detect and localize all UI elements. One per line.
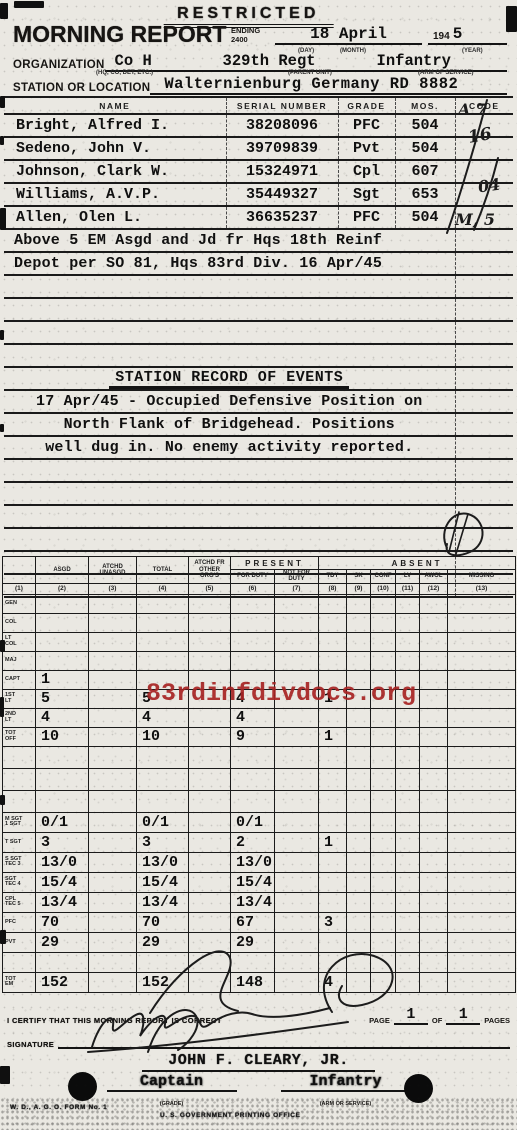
strength-cell: [448, 932, 516, 952]
strength-cell: [89, 708, 137, 727]
strength-cell: [371, 613, 396, 632]
strength-cell: [89, 746, 137, 768]
station-value: Walternienburg Germany RD 8882: [164, 75, 458, 93]
title-row: MORNING REPORT ENDING 2400 18 April 194 …: [13, 24, 507, 45]
strength-cell: [420, 651, 448, 670]
strength-row: [3, 746, 516, 768]
year-prefix: 194: [433, 31, 450, 43]
strength-cell: [89, 892, 137, 912]
organization-row: ORGANIZATION Co H 329th Regt Infantry: [13, 51, 507, 72]
strength-cell: [231, 594, 275, 613]
scan-artifact: [0, 424, 4, 432]
strength-cell: [448, 746, 516, 768]
roster-name: Johnson, Clark W.: [4, 160, 226, 183]
strength-cell: [137, 952, 189, 972]
strength-cell: 5: [36, 689, 89, 708]
roster-serial: 35449327: [226, 183, 338, 206]
colnum-13: (13): [448, 583, 516, 594]
strength-cell: [396, 812, 420, 832]
strength-row: [3, 790, 516, 812]
strength-cell: [36, 613, 89, 632]
strength-cell: 2: [231, 832, 275, 852]
strength-cell: [137, 768, 189, 790]
pages-label: PAGES: [484, 1016, 510, 1025]
roster-name: Allen, Olen L.: [4, 206, 226, 229]
strength-cell: [347, 708, 371, 727]
strength-cell: [89, 594, 137, 613]
pages-total: 1: [446, 1006, 480, 1025]
signer-name-row: JOHN F. CLEARY, JR.: [7, 1051, 510, 1072]
strength-cell: [89, 852, 137, 872]
strength-cell: [396, 768, 420, 790]
strength-cell: [137, 651, 189, 670]
strength-grade-label: M SGT 1 SGT: [3, 812, 36, 832]
roster-serial: 36635237: [226, 206, 338, 229]
hcol-atchd-fr-other: ATCHD FR OTHER ORG'S: [189, 557, 231, 584]
strength-cell: [89, 872, 137, 892]
strength-cell: [448, 790, 516, 812]
strength-row: M SGT 1 SGT0/10/10/1: [3, 812, 516, 832]
strength-cell: [420, 632, 448, 651]
scan-artifact: [0, 795, 5, 805]
colnum-2: (2): [36, 583, 89, 594]
strength-cell: [396, 852, 420, 872]
strength-cell: [420, 670, 448, 689]
strength-cell: [275, 651, 319, 670]
strength-cell: [189, 892, 231, 912]
strength-grade-label: [3, 768, 36, 790]
strength-cell: [189, 746, 231, 768]
col-grade: GRADE: [338, 97, 395, 114]
strength-row: T SGT3321: [3, 832, 516, 852]
roster-row: Allen, Olen L.36635237PFC504: [4, 206, 513, 229]
org-parent-unit: 329th Regt: [223, 52, 316, 70]
strength-cell: [420, 852, 448, 872]
strength-cell: [231, 651, 275, 670]
strength-cell: [396, 727, 420, 746]
strength-cell: [420, 912, 448, 932]
strength-cell: [36, 632, 89, 651]
roster-empty: [4, 275, 455, 298]
strength-cell: [396, 872, 420, 892]
arm-of-service-sublabel: (ARM OF SERVICE): [418, 70, 474, 76]
handwritten-code-04: 04: [477, 175, 502, 197]
strength-cell: [275, 812, 319, 832]
strength-cell: [137, 613, 189, 632]
hcol-sk: SK: [347, 570, 371, 584]
strength-cell: 148: [231, 972, 275, 992]
strength-cell: [420, 768, 448, 790]
roster-empty: [4, 321, 455, 344]
strength-cell: 152: [137, 972, 189, 992]
year-label: (YEAR): [462, 48, 483, 54]
strength-row: [3, 952, 516, 972]
signature-label: SIGNATURE: [7, 1040, 54, 1049]
strength-row: PFC7070673: [3, 912, 516, 932]
strength-cell: 3: [319, 912, 347, 932]
day-label: (DAY): [298, 48, 314, 54]
strength-cell: [89, 832, 137, 852]
strength-cell: [347, 972, 371, 992]
ending-time: 2400: [231, 35, 248, 44]
strength-cell: [189, 932, 231, 952]
organization-label: ORGANIZATION: [13, 59, 105, 72]
hcol-missing: MISSING: [448, 570, 516, 584]
strength-cell: [347, 912, 371, 932]
strength-row: LT COL: [3, 632, 516, 651]
strength-cell: [347, 594, 371, 613]
scan-artifact: [0, 136, 4, 145]
strength-cell: [448, 912, 516, 932]
scan-artifact: [0, 640, 5, 652]
roster-code: [455, 390, 513, 413]
strength-grade-label: S SGT TEC 3: [3, 852, 36, 872]
strength-cell: [396, 651, 420, 670]
roster-grade: PFC: [338, 206, 395, 229]
strength-cell: [275, 932, 319, 952]
roster-row: Above 5 EM Asgd and Jd fr Hqs 18th Reinf: [4, 229, 513, 252]
roster-row: [4, 321, 513, 344]
strength-cell: [347, 746, 371, 768]
strength-cell: [89, 727, 137, 746]
strength-cell: [347, 632, 371, 651]
strength-cell: 3: [137, 832, 189, 852]
roster-row: Depot per SO 81, Hqs 83rd Div. 16 Apr/45: [4, 252, 513, 275]
roster-row: [4, 344, 513, 367]
strength-cell: [347, 892, 371, 912]
strength-cell: [275, 632, 319, 651]
strength-cell: [448, 892, 516, 912]
strength-cell: 3: [36, 832, 89, 852]
strength-grade-label: [3, 746, 36, 768]
strength-cell: [448, 632, 516, 651]
strength-cell: [189, 651, 231, 670]
scan-artifact: [0, 330, 4, 340]
hcol-atchd-unasgd: ATCHD UNASGD: [89, 557, 137, 584]
strength-grade-label: LT COL: [3, 632, 36, 651]
strength-cell: [89, 912, 137, 932]
roster-name: Williams, A.V.P.: [4, 183, 226, 206]
scan-artifact: [0, 930, 6, 944]
roster-empty: [4, 505, 455, 528]
strength-cell: [275, 892, 319, 912]
roster-row: [4, 505, 513, 528]
scan-artifact: [0, 208, 6, 230]
strength-cell: [319, 708, 347, 727]
strength-cell: [319, 651, 347, 670]
strength-row: TOT EM1521521484: [3, 972, 516, 992]
strength-cell: [189, 632, 231, 651]
strength-cell: [347, 727, 371, 746]
colnum-10: (10): [371, 583, 396, 594]
scan-artifact: [0, 3, 8, 19]
arm-sublabel: (ARM OR SERVICE): [320, 1101, 372, 1107]
strength-cell: [89, 670, 137, 689]
strength-cell: [420, 892, 448, 912]
strength-grade-label: CAPT: [3, 670, 36, 689]
strength-cell: [89, 932, 137, 952]
strength-row: [3, 768, 516, 790]
roster-serial: 38208096: [226, 114, 338, 137]
strength-cell: [89, 790, 137, 812]
strength-cell: [319, 852, 347, 872]
roster-grade: Pvt: [338, 137, 395, 160]
strength-cell: [89, 632, 137, 651]
strength-cell: [420, 727, 448, 746]
strength-cell: [36, 651, 89, 670]
roster-row: Sedeno, John V.39709839Pvt504: [4, 137, 513, 160]
signer-arm-seg: Infantry (ARM OR SERVICE): [281, 1073, 411, 1110]
strength-cell: [36, 746, 89, 768]
strength-cell: [420, 812, 448, 832]
colnum-9: (9): [347, 583, 371, 594]
of-label: OF: [432, 1016, 442, 1025]
ending-label: ENDING 2400: [231, 26, 275, 45]
strength-cell: [231, 746, 275, 768]
colnum-3: (3): [89, 583, 137, 594]
strength-cell: [275, 746, 319, 768]
strength-cell: [347, 812, 371, 832]
strength-cell: [189, 613, 231, 632]
watermark: 83rdinfdivdocs.org: [146, 679, 416, 708]
roster-code: [455, 321, 513, 344]
strength-grade-label: SGT TEC 4: [3, 872, 36, 892]
strength-cell: [275, 768, 319, 790]
strength-cell: [347, 832, 371, 852]
strength-cell: [319, 632, 347, 651]
roster-code: [455, 344, 513, 367]
roster-serial: 15324971: [226, 160, 338, 183]
strength-cell: [371, 651, 396, 670]
strength-cell: [189, 708, 231, 727]
colnum-8: (8): [319, 583, 347, 594]
strength-cell: [137, 594, 189, 613]
strength-cell: [420, 952, 448, 972]
strength-cell: [319, 768, 347, 790]
scan-artifact: [14, 1, 44, 8]
roster-remark: Depot per SO 81, Hqs 83rd Div. 16 Apr/45: [4, 252, 455, 275]
event-line: 17 Apr/45 - Occupied Defensive Position …: [4, 390, 455, 413]
strength-cell: [396, 972, 420, 992]
strength-row: CPL TEC 513/413/413/4: [3, 892, 516, 912]
strength-cell: [36, 790, 89, 812]
strength-cell: 29: [231, 932, 275, 952]
hcol-tdy: TDY: [319, 570, 347, 584]
strength-cell: [371, 872, 396, 892]
strength-row: SGT TEC 415/415/415/4: [3, 872, 516, 892]
strength-cell: 70: [36, 912, 89, 932]
strength-cell: 13/0: [137, 852, 189, 872]
strength-cell: [319, 594, 347, 613]
strength-cell: [371, 768, 396, 790]
strength-table: ASGD ATCHD UNASGD TOTAL ATCHD FR OTHER O…: [2, 556, 516, 993]
roster-row: North Flank of Bridgehead. Positions: [4, 413, 513, 436]
handwritten-code-16: 16: [466, 124, 493, 148]
strength-cell: [371, 892, 396, 912]
strength-cell: [89, 812, 137, 832]
strength-cell: 13/4: [137, 892, 189, 912]
certify-text: I CERTIFY THAT THIS MORNING REPORT IS CO…: [7, 1016, 222, 1025]
hcol-lv: LV: [396, 570, 420, 584]
strength-row: MAJ: [3, 651, 516, 670]
roster-mos: 504: [395, 137, 455, 160]
strength-cell: [319, 892, 347, 912]
scan-artifact: [506, 6, 517, 32]
roster-row: 17 Apr/45 - Occupied Defensive Position …: [4, 390, 513, 413]
punch-hole-right: [404, 1074, 433, 1103]
roster-mos: 504: [395, 114, 455, 137]
signature-line: [58, 1029, 510, 1049]
strength-cell: [420, 613, 448, 632]
org-unit: Co H: [115, 52, 152, 70]
roster-mos: 653: [395, 183, 455, 206]
strength-cell: [231, 952, 275, 972]
roster-name: Sedeno, John V.: [4, 137, 226, 160]
strength-cell: 0/1: [231, 812, 275, 832]
strength-cell: [231, 613, 275, 632]
strength-cell: [396, 708, 420, 727]
roster-empty: [4, 298, 455, 321]
strength-grade-label: 1ST LT: [3, 689, 36, 708]
strength-cell: [347, 872, 371, 892]
strength-cell: [420, 689, 448, 708]
roster-grade: Sgt: [338, 183, 395, 206]
org-arm-of-service: Infantry: [377, 52, 451, 70]
strength-cell: [137, 632, 189, 651]
strength-cell: [89, 689, 137, 708]
scan-artifact: [0, 1066, 10, 1084]
strength-cell: [231, 790, 275, 812]
signer-arm: Infantry: [281, 1073, 411, 1092]
strength-cell: [36, 768, 89, 790]
strength-cell: [189, 952, 231, 972]
strength-cell: [448, 972, 516, 992]
report-date: 18 April: [310, 25, 387, 43]
month-label: (MONTH): [340, 48, 366, 54]
strength-cell: [231, 632, 275, 651]
strength-cell: [36, 594, 89, 613]
hcol-asgd: ASGD: [36, 557, 89, 584]
strength-cell: [189, 790, 231, 812]
strength-grade-label: CPL TEC 5: [3, 892, 36, 912]
strength-cell: [420, 872, 448, 892]
strength-cell: [396, 746, 420, 768]
strength-cell: 15/4: [36, 872, 89, 892]
strength-cell: [347, 932, 371, 952]
strength-cell: [137, 746, 189, 768]
strength-cell: [231, 768, 275, 790]
handwritten-code-a7: A 7: [458, 100, 487, 119]
strength-grade-label: TOT EM: [3, 972, 36, 992]
punch-hole-left: [68, 1072, 97, 1101]
strength-cell: 13/4: [231, 892, 275, 912]
strength-cell: 0/1: [36, 812, 89, 832]
strength-row: PVT292929: [3, 932, 516, 952]
strength-cell: [448, 768, 516, 790]
strength-row: COL: [3, 613, 516, 632]
strength-cell: [371, 746, 396, 768]
event-line: well dug in. No enemy activity reported.: [4, 436, 455, 459]
strength-grade-label: PVT: [3, 932, 36, 952]
strength-row: GEN: [3, 594, 516, 613]
strength-cell: [396, 952, 420, 972]
form-title: MORNING REPORT: [13, 24, 231, 45]
strength-cell: 67: [231, 912, 275, 932]
strength-cell: 152: [36, 972, 89, 992]
col-serial-number: SERIAL NUMBER: [226, 97, 338, 114]
org-unit-sublabel: (HQ, CO, DET, ETC.): [96, 70, 153, 76]
page-block: PAGE 1 OF 1 PAGES: [369, 1006, 510, 1025]
strength-cell: [347, 768, 371, 790]
footer-printing-office: U. S. GOVERNMENT PRINTING OFFICE: [160, 1112, 301, 1119]
event-line: North Flank of Bridgehead. Positions: [4, 413, 455, 436]
strength-cell: [319, 932, 347, 952]
strength-cell: [448, 812, 516, 832]
strength-cell: [396, 932, 420, 952]
colnum-11: (11): [396, 583, 420, 594]
colnum-12: (12): [420, 583, 448, 594]
hcol-awol: AWOL: [420, 570, 448, 584]
handwritten-code-m5: M, 5: [455, 210, 495, 229]
roster-row: Williams, A.V.P.35449327Sgt653: [4, 183, 513, 206]
roster-table: NAME SERIAL NUMBER GRADE MOS. CODE Brigh…: [4, 96, 513, 598]
roster-empty: [4, 482, 455, 505]
roster-code: [455, 252, 513, 275]
strength-cell: 0/1: [137, 812, 189, 832]
strength-cell: 29: [137, 932, 189, 952]
hcol-total: TOTAL: [137, 557, 189, 584]
strength-cell: [371, 852, 396, 872]
strength-grade-label: [3, 952, 36, 972]
roster-row: [4, 298, 513, 321]
strength-cell: [347, 952, 371, 972]
strength-cell: 1: [36, 670, 89, 689]
strength-cell: [396, 632, 420, 651]
strength-cell: [189, 852, 231, 872]
strength-cell: [89, 952, 137, 972]
strength-cell: [319, 746, 347, 768]
colnum-4: (4): [137, 583, 189, 594]
roster-row: [4, 275, 513, 298]
strength-cell: [275, 727, 319, 746]
grade-sublabel: (GRADE): [160, 1101, 184, 1107]
morning-report-document: RESTRICTED MORNING REPORT ENDING 2400 18…: [0, 0, 517, 1130]
strength-cell: [371, 912, 396, 932]
colnum-7: (7): [275, 583, 319, 594]
strength-cell: 10: [36, 727, 89, 746]
roster-remark: Above 5 EM Asgd and Jd fr Hqs 18th Reinf: [4, 229, 455, 252]
roster-row: STATION RECORD OF EVENTS: [4, 367, 513, 390]
roster-code: [455, 367, 513, 390]
strength-cell: [189, 594, 231, 613]
strength-cell: [319, 613, 347, 632]
strength-cell: [420, 708, 448, 727]
station-row: STATION OR LOCATION Walternienburg Germa…: [13, 74, 507, 95]
col-name: NAME: [4, 97, 226, 114]
group-absent: ABSENT: [319, 557, 516, 570]
roster-empty: [4, 528, 455, 551]
strength-cell: [371, 972, 396, 992]
strength-cell: [448, 708, 516, 727]
strength-cell: [448, 594, 516, 613]
footer-form-id: W. D., A. G. O. FORM No. 1: [10, 1104, 107, 1111]
strength-cell: [189, 812, 231, 832]
scan-artifact: [0, 697, 4, 717]
scan-artifact: [0, 96, 5, 108]
strength-cell: [347, 852, 371, 872]
strength-cell: [189, 972, 231, 992]
col-mos: MOS.: [395, 97, 455, 114]
